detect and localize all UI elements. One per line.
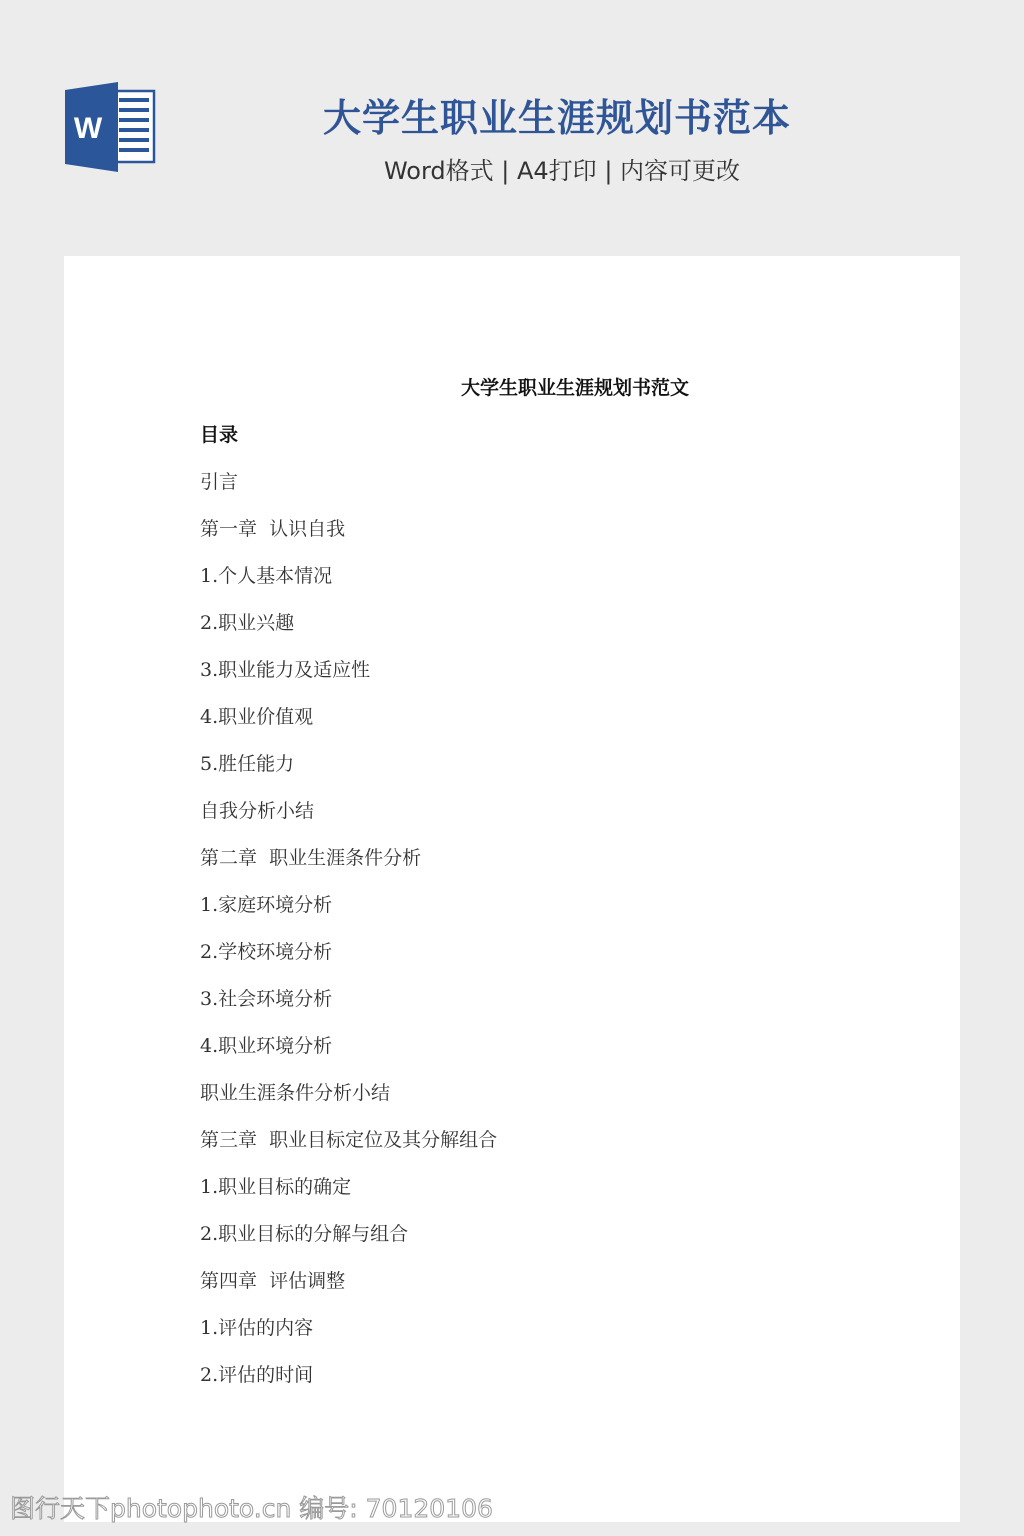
watermark: 图行天下photophoto.cn 编号: 70120106 — [10, 1490, 493, 1528]
document-page: 大学生职业生涯规划书范文 目录 引言 第一章 认识自我 1.个人基本情况 2.职… — [64, 256, 960, 1522]
toc-item: 3.社会环境分析 — [200, 985, 900, 1032]
toc-item: 2.学校环境分析 — [200, 938, 900, 985]
toc-item: 1.家庭环境分析 — [200, 891, 900, 938]
document-title: 大学生职业生涯规划书范文 — [64, 374, 960, 402]
toc-item: 2.评估的时间 — [200, 1361, 900, 1408]
header-title: 大学生职业生涯规划书范本 — [0, 92, 1024, 144]
toc-item-summary: 自我分析小结 — [200, 797, 900, 844]
toc-item-summary: 职业生涯条件分析小结 — [200, 1079, 900, 1126]
table-of-contents: 目录 引言 第一章 认识自我 1.个人基本情况 2.职业兴趣 3.职业能力及适应… — [200, 421, 900, 1408]
toc-item: 1.评估的内容 — [200, 1314, 900, 1361]
toc-item-chapter-1: 第一章 认识自我 — [200, 515, 900, 562]
toc-item: 5.胜任能力 — [200, 750, 900, 797]
toc-item: 1.职业目标的确定 — [200, 1173, 900, 1220]
toc-heading: 目录 — [200, 421, 900, 468]
toc-item-chapter-2: 第二章 职业生涯条件分析 — [200, 844, 900, 891]
toc-item: 1.个人基本情况 — [200, 562, 900, 609]
toc-item-chapter-4: 第四章 评估调整 — [200, 1267, 900, 1314]
toc-item: 2.职业目标的分解与组合 — [200, 1220, 900, 1267]
header-banner: W 大学生职业生涯规划书范本 Word格式 | A4打印 | 内容可更改 — [0, 0, 1024, 256]
toc-item: 4.职业环境分析 — [200, 1032, 900, 1079]
toc-item-chapter-3: 第三章 职业目标定位及其分解组合 — [200, 1126, 900, 1173]
toc-item: 3.职业能力及适应性 — [200, 656, 900, 703]
toc-item: 4.职业价值观 — [200, 703, 900, 750]
toc-item: 2.职业兴趣 — [200, 609, 900, 656]
header-subtitle: Word格式 | A4打印 | 内容可更改 — [0, 152, 1024, 190]
toc-item-introduction: 引言 — [200, 468, 900, 515]
